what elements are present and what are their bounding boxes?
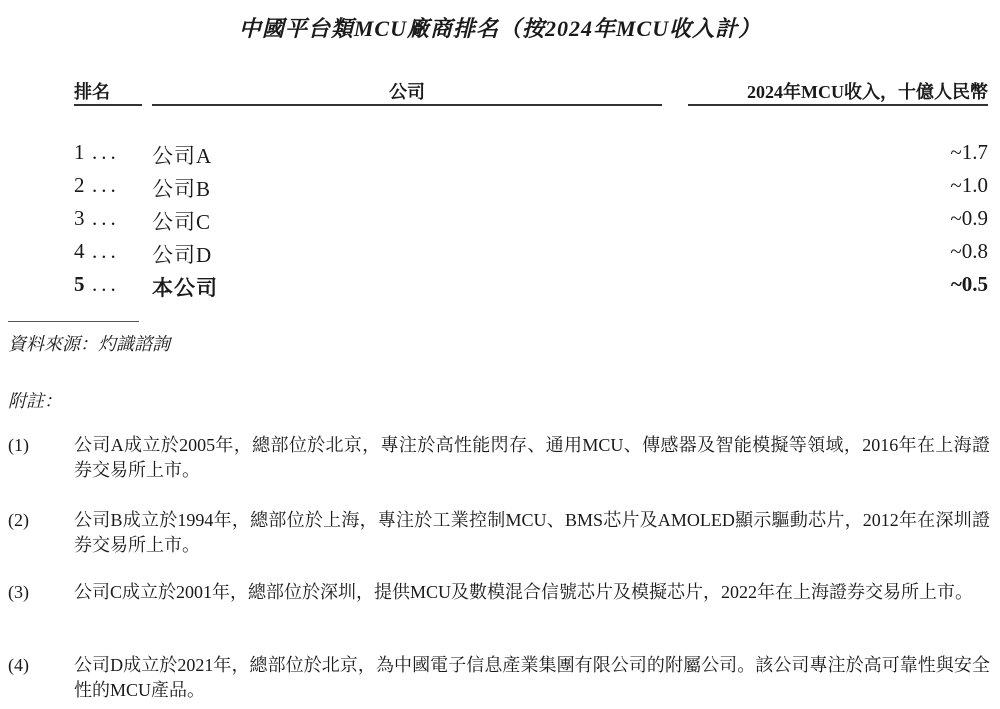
column-header-company: 公司 — [152, 78, 662, 104]
footnote-number: (2) — [8, 508, 29, 533]
revenue-cell: ~1.0 — [950, 173, 988, 198]
ranking-table-body: 1 ... 公司A ~1.7 2 ... 公司B ~1.0 3 ... 公司C … — [0, 140, 1000, 305]
table-row-highlighted: 5 ... 本公司 ~0.5 — [0, 272, 1000, 305]
leader-dots: ... — [92, 173, 120, 198]
leader-dots: ... — [92, 206, 120, 231]
revenue-cell: ~1.7 — [950, 140, 988, 165]
page-title: 中國平台類MCU廠商排名（按2024年MCU收入計） — [0, 12, 1000, 43]
rank-cell: 2 — [74, 173, 86, 198]
revenue-cell: ~0.8 — [950, 239, 988, 264]
footnote-number: (4) — [8, 653, 29, 678]
rank-cell: 1 — [74, 140, 86, 165]
leader-dots: ... — [92, 239, 120, 264]
rank-cell: 5 — [74, 272, 86, 297]
footnote-number: (1) — [8, 433, 29, 458]
rank-cell: 3 — [74, 206, 86, 231]
source-note: 資料來源：灼識諮詢 — [8, 330, 170, 356]
header-divider — [688, 104, 988, 106]
leader-dots: ... — [92, 272, 120, 297]
footnote-text: 公司D成立於2021年，總部位於北京，為中國電子信息產業集團有限公司的附屬公司。… — [74, 653, 990, 703]
revenue-cell: ~0.5 — [951, 272, 988, 297]
footnote-text: 公司A成立於2005年，總部位於北京，專注於高性能閃存、通用MCU、傳感器及智能… — [74, 433, 990, 483]
company-cell: 公司A — [152, 140, 212, 170]
column-header-rank: 排名 — [74, 78, 142, 104]
revenue-cell: ~0.9 — [950, 206, 988, 231]
column-header-revenue: 2024年MCU收入，十億人民幣 — [688, 78, 988, 104]
header-divider — [152, 104, 662, 106]
table-row: 1 ... 公司A ~1.7 — [0, 140, 1000, 173]
footnote-text: 公司B成立於1994年，總部位於上海，專注於工業控制MCU、BMS芯片及AMOL… — [74, 508, 990, 558]
footnote-text: 公司C成立於2001年，總部位於深圳，提供MCU及數模混合信號芯片及模擬芯片，2… — [74, 580, 990, 605]
notes-heading: 附註： — [8, 387, 62, 413]
leader-dots: ... — [92, 140, 120, 165]
source-divider — [8, 321, 139, 322]
table-row: 4 ... 公司D ~0.8 — [0, 239, 1000, 272]
table-row: 3 ... 公司C ~0.9 — [0, 206, 1000, 239]
company-cell: 公司C — [152, 206, 211, 236]
header-divider — [74, 104, 142, 106]
company-cell: 本公司 — [152, 272, 218, 302]
footnote-number: (3) — [8, 580, 29, 605]
company-cell: 公司D — [152, 239, 212, 269]
rank-cell: 4 — [74, 239, 86, 264]
company-cell: 公司B — [152, 173, 211, 203]
table-row: 2 ... 公司B ~1.0 — [0, 173, 1000, 206]
